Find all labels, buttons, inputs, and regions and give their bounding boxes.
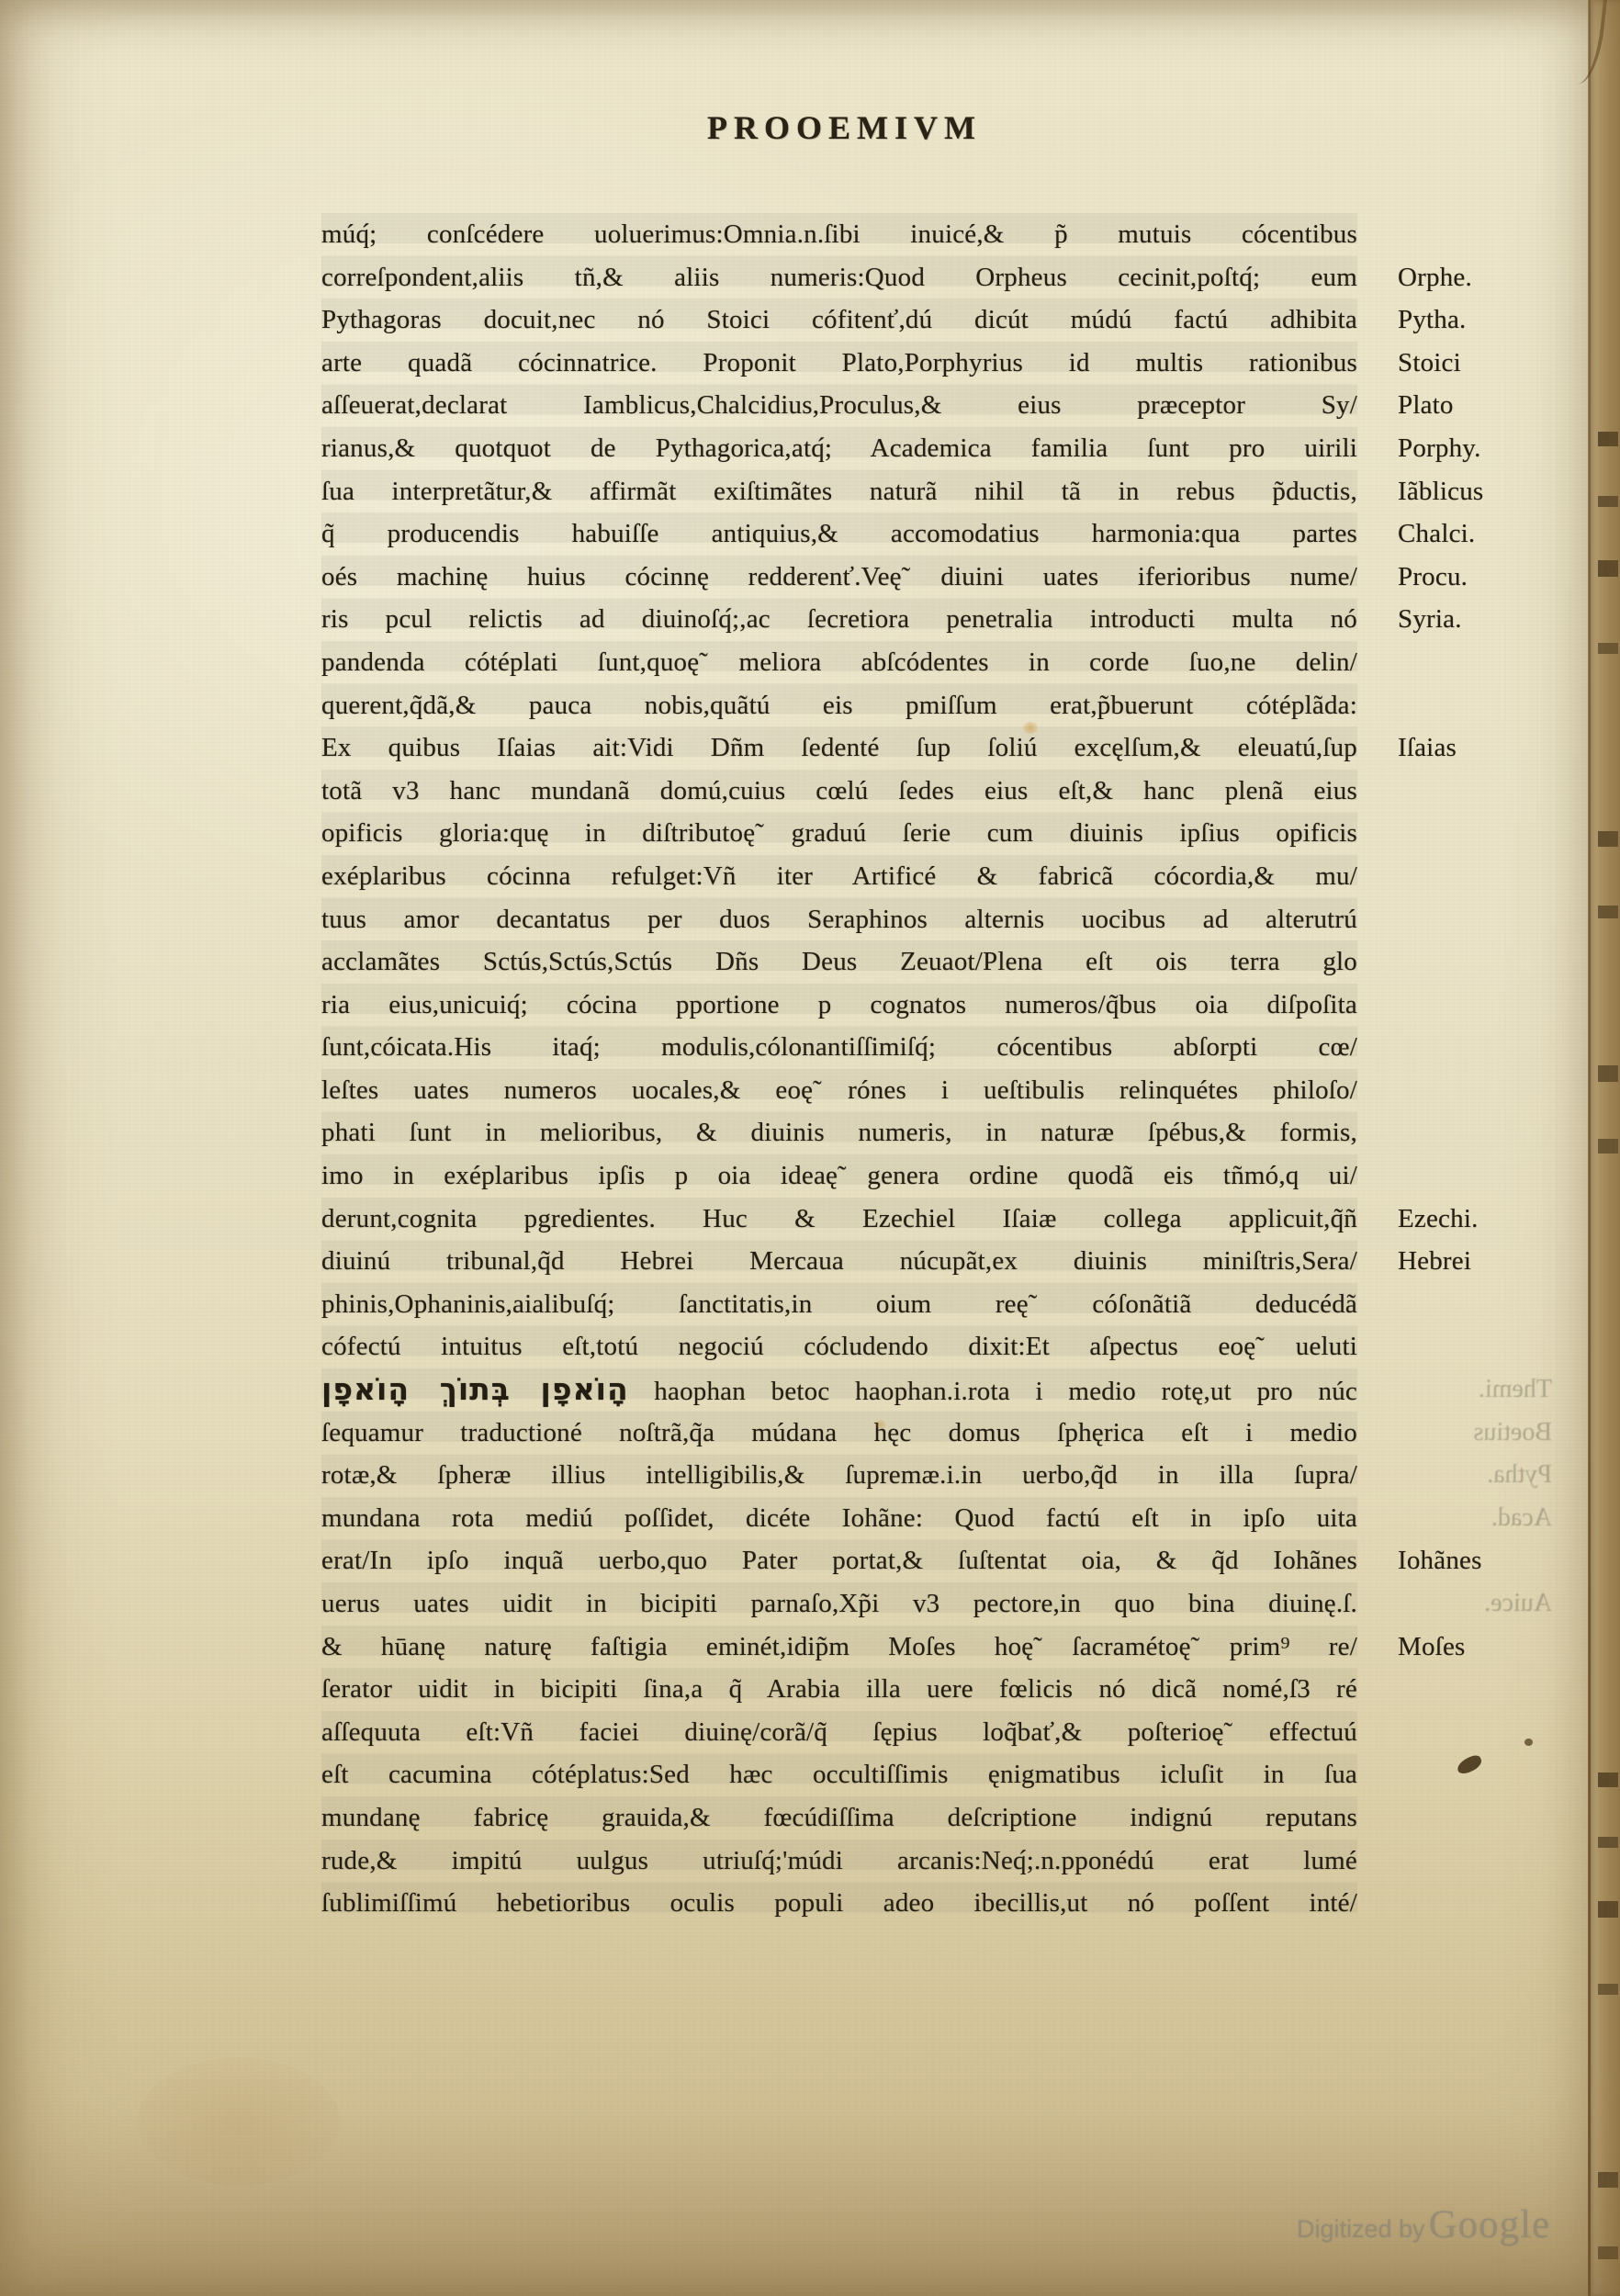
- margin-note: Procu.: [1398, 556, 1600, 599]
- text-line: derunt,cognita pgredientes. Huc & Ezechi…: [321, 1198, 1357, 1241]
- text-line: tuus amor decantatus per duos Seraphinos…: [321, 898, 1357, 941]
- book-page-scan: PROOEMIVM múq́; conſcédere uoluerimus:Om…: [0, 0, 1620, 2296]
- text-line: mundana rota mediú poſſidet, dicéte Iohã…: [321, 1497, 1357, 1540]
- text-line: múq́; conſcédere uoluerimus:Omnia.n.ſibi…: [321, 213, 1357, 256]
- text-line: aſſeuerat,declarat Iamblicus,Chalcidius,…: [321, 384, 1357, 427]
- text-line: acclamãtes Sctús,Sctús,Sctús Dñs Deus Ze…: [321, 940, 1357, 984]
- text-line: diuinú tribunal,q̃d Hebrei Mercaua núcup…: [321, 1240, 1357, 1283]
- hebrew-text: הָוֹאפָן בְּתוֹךְ הָוֹאפָן: [321, 1371, 629, 1407]
- text-line: oés machinę huius cócinnę redderenť.Veę̃…: [321, 556, 1357, 599]
- text-line: pandenda cótéplati ſunt,quoę̃ meliora ab…: [321, 641, 1357, 684]
- margin-note: Pytha.: [1398, 298, 1600, 342]
- watermark-prefix: Digitized by: [1297, 2215, 1425, 2243]
- text-line: querent,q̃dã,& pauca nobis,quãtú eis pmi…: [321, 684, 1357, 727]
- text-line: erat/In ipſo inquã uerbo,quo Pater porta…: [321, 1539, 1357, 1582]
- bleedthrough-note: Auice.: [1378, 1582, 1552, 1626]
- margin-note: Syria.: [1398, 598, 1600, 641]
- google-watermark: Digitized by Google: [1297, 2202, 1550, 2247]
- text-line: ſerator uidit in bicipiti ſina,a q̃ Arab…: [321, 1668, 1357, 1711]
- text-line: imo in exéplaribus ipſis p oia ideaę̃ ge…: [321, 1154, 1357, 1198]
- ink-dot: [1524, 1739, 1533, 1746]
- text-line: eſt cacumina cótéplatus:Sed hæc occultiſ…: [321, 1753, 1357, 1796]
- text-block: múq́; conſcédere uoluerimus:Omnia.n.ſibi…: [321, 213, 1357, 1925]
- ink-blot: [1455, 1753, 1484, 1776]
- text-line: rotæ,& ſpheræ illius intelligibilis,& ſu…: [321, 1454, 1357, 1497]
- margin-note: Iohãnes: [1398, 1539, 1600, 1582]
- margin-note: Stoici: [1398, 342, 1600, 385]
- text-line: mundanę fabricę grauida,& fœcúdiſſima de…: [321, 1796, 1357, 1840]
- text-line: ſublimiſſimú hebetioribus oculis populi …: [321, 1882, 1357, 1925]
- page-title: PROOEMIVM: [707, 108, 982, 147]
- text-line: arte quadã cócinnatrice. Proponit Plato,…: [321, 342, 1357, 385]
- adjacent-leaf-text-fragments: [1598, 0, 1618, 2296]
- bleedthrough-note: Acad.: [1378, 1497, 1552, 1540]
- text-line: rude,& impitú uulgus utriuſq́;'múdi arca…: [321, 1840, 1357, 1883]
- text-line: Pythagoras docuit,nec nó Stoici cófitenť…: [321, 298, 1357, 342]
- text-line: uerus uates uidit in bicipiti parnaſo,Xp…: [321, 1582, 1357, 1626]
- text-line: ſequamur traductioné noſtrã,q̃a múdana h…: [321, 1412, 1357, 1455]
- text-line: aſſequuta eſt:Vñ faciei diuinę/corã/q̃ ſ…: [321, 1711, 1357, 1754]
- margin-note: Iãblicus: [1398, 470, 1600, 513]
- text-line: correſpondent,aliis tñ,& aliis numeris:Q…: [321, 256, 1357, 299]
- text-line: leſtes uates numeros uocales,& eoę̃ róne…: [321, 1069, 1357, 1112]
- margin-note: Iſaias: [1398, 726, 1600, 770]
- text-line: totã v3 hanc mundanã domú,cuius cœlú ſed…: [321, 770, 1357, 813]
- text-line: ris pcul relictis ad diuinoſq́;,ac ſecre…: [321, 598, 1357, 641]
- bleedthrough-note: Themi.: [1378, 1368, 1552, 1412]
- text-line: ria eius,unicuiq́; cócina pportione p co…: [321, 984, 1357, 1027]
- margin-note: Chalci.: [1398, 512, 1600, 556]
- margin-note: Orphe.: [1398, 256, 1600, 299]
- text-line: הָוֹאפָן בְּתוֹךְ הָוֹאפָן haophan betoc…: [321, 1368, 1357, 1412]
- margin-note: Plato: [1398, 384, 1600, 427]
- text-line: q̃ producendis habuiſſe antiquius,& acco…: [321, 512, 1357, 556]
- margin-note: Ezechi.: [1398, 1198, 1600, 1241]
- text-line: opificis gloria:quę in diſtributoę̃ grad…: [321, 812, 1357, 855]
- margin-note: Moſes: [1398, 1626, 1600, 1669]
- text-line: ſua interpretãtur,& affirmãt exiſtimãtes…: [321, 470, 1357, 513]
- bleedthrough-note: Pytha.: [1378, 1454, 1552, 1497]
- foxing-stain: [875, 1420, 886, 1429]
- text-line: phinis,Ophaninis,aialibuſq́; ſanctitatis…: [321, 1283, 1357, 1326]
- text-line: cófectú intuitus eſt,totú negociú cóclud…: [321, 1325, 1357, 1368]
- page-edge-line: [1588, 0, 1591, 2296]
- text-line: rianus,& quotquot de Pythagorica,atq́; A…: [321, 427, 1357, 470]
- text-line: & hūanę naturę faſtigia eminét,idip̃m Mo…: [321, 1626, 1357, 1669]
- bleedthrough-note: Boetius: [1378, 1412, 1552, 1455]
- margin-note: Porphy.: [1398, 427, 1600, 470]
- text-line: exéplaribus cócinna refulget:Vñ iter Art…: [321, 855, 1357, 898]
- margin-note: Hebrei: [1398, 1240, 1600, 1283]
- foxing-stain: [1023, 722, 1038, 734]
- text-line: phati ſunt in melioribus, & diuinis nume…: [321, 1111, 1357, 1154]
- text-line: ſunt,cóicata.His itaq́; modulis,cólonant…: [321, 1026, 1357, 1069]
- text-line: Ex quibus Iſaias ait:Vidi Dñm ſedenté ſu…: [321, 726, 1357, 770]
- foxing-stain: [138, 2057, 340, 2186]
- watermark-brand: Google: [1429, 2203, 1551, 2246]
